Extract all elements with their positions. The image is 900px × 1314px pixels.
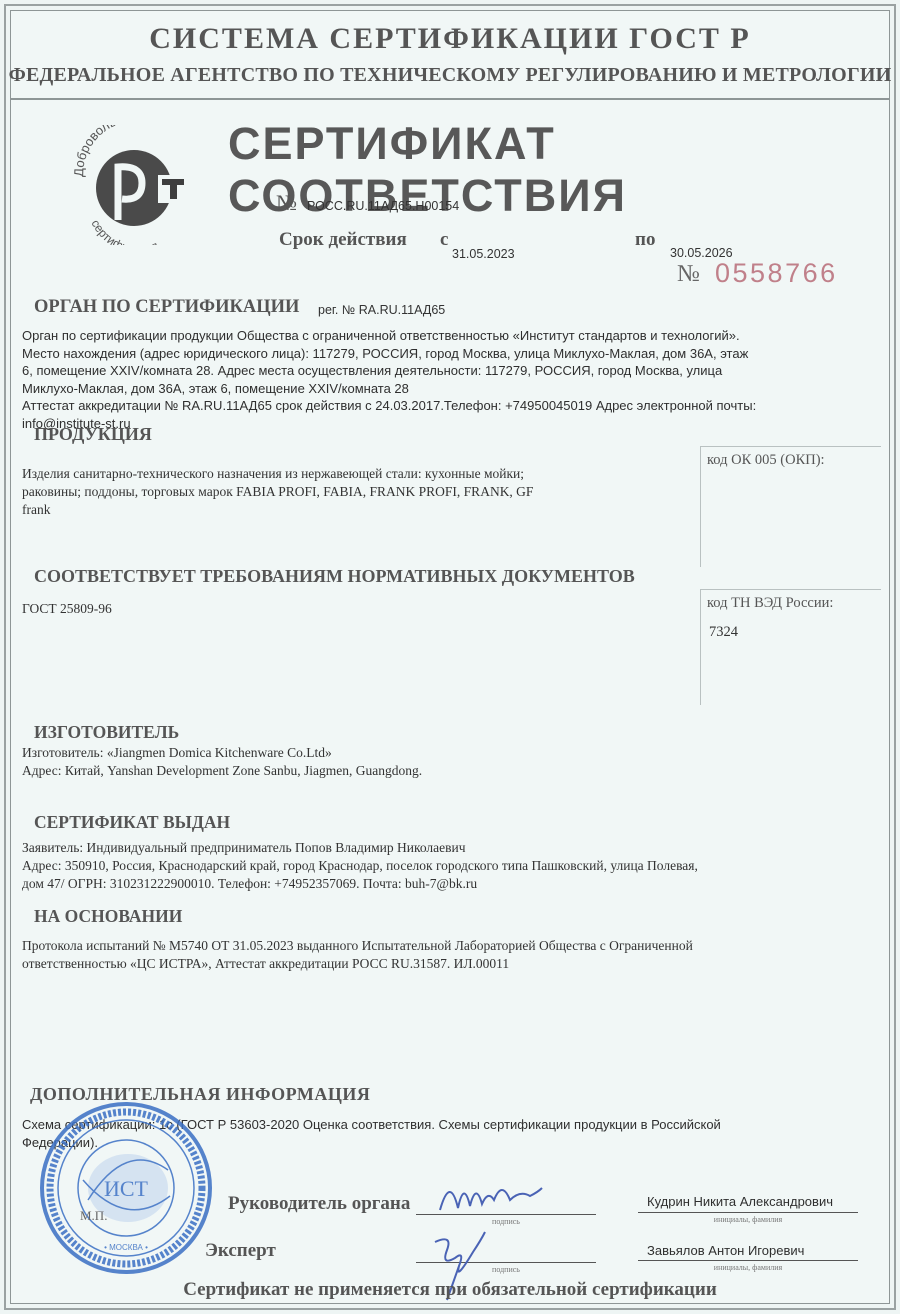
organ-section-title: ОРГАН ПО СЕРТИФИКАЦИИ [34, 297, 299, 318]
basis-section-title: НА ОСНОВАНИИ [34, 906, 182, 927]
product-line: раковины; поддоны, торговых марок FABIA … [22, 483, 682, 501]
conformity-standard: ГОСТ 25809-96 [22, 600, 112, 618]
basis-line: Протокола испытаний № М5740 ОТ 31.05.202… [22, 937, 882, 955]
okp-code-label: код ОК 005 (ОКП): [707, 452, 825, 469]
expert-name-line [638, 1260, 858, 1261]
system-title: СИСТЕМА СЕРТИФИКАЦИИ ГОСТ Р [0, 22, 900, 56]
product-section-title: ПРОДУКЦИЯ [34, 424, 152, 445]
conformity-section-title: СООТВЕТСТВУЕТ ТРЕБОВАНИЯМ НОРМАТИВНЫХ ДО… [34, 566, 635, 587]
validity-from-label: с [440, 229, 448, 251]
manufacturer-section-title: ИЗГОТОВИТЕЛЬ [34, 722, 179, 743]
expert-name-caption: инициалы, фамилия [638, 1263, 858, 1272]
organ-details: Орган по сертификации продукции Общества… [22, 327, 882, 432]
organ-line: Место нахождения (адрес юридического лиц… [22, 345, 882, 363]
manufacturer-details: Изготовитель: «Jiangmen Domica Kitchenwa… [22, 744, 882, 780]
serial-number-label: № [677, 261, 700, 288]
organ-line: 6, помещение XXIV/комната 28. Адрес мест… [22, 362, 882, 380]
rst-logo-icon: Добровольная сертификация [70, 125, 200, 245]
footer-note: Сертификат не применяется при обязательн… [0, 1279, 900, 1301]
stamp-center-text: ИСТ [104, 1176, 149, 1201]
organ-line: Аттестат аккредитации № RA.RU.11АД65 сро… [22, 397, 882, 415]
head-signature-icon [430, 1170, 550, 1220]
svg-text:• МОСКВА •: • МОСКВА • [104, 1243, 148, 1252]
product-line: Изделия санитарно-технического назначени… [22, 465, 682, 483]
head-name-caption: инициалы, фамилия [638, 1215, 858, 1224]
expert-name: Завьялов Антон Игоревич [647, 1243, 804, 1258]
validity-label: Срок действия [279, 229, 407, 251]
product-line: frank [22, 501, 682, 519]
head-of-organ-label: Руководитель органа [228, 1193, 410, 1215]
applicant-details: Заявитель: Индивидуальный предпринимател… [22, 839, 882, 892]
head-name-line [638, 1212, 858, 1213]
serial-number: 0558766 [715, 258, 838, 289]
product-description: Изделия санитарно-технического назначени… [22, 465, 682, 518]
manufacturer-line: Адрес: Китай, Yanshan Development Zone S… [22, 762, 882, 780]
issued-section-title: СЕРТИФИКАТ ВЫДАН [34, 812, 230, 833]
tnved-code-value: 7324 [709, 624, 738, 641]
applicant-line: дом 47/ ОГРН: 310231222900010. Телефон: … [22, 875, 882, 893]
head-name: Кудрин Никита Александрович [647, 1194, 833, 1209]
validity-to-label: по [635, 229, 655, 251]
expert-label: Эксперт [205, 1240, 276, 1262]
manufacturer-line: Изготовитель: «Jiangmen Domica Kitchenwa… [22, 744, 882, 762]
tnved-code-box: код ТН ВЭД России: 7324 [700, 589, 881, 705]
applicant-line: Адрес: 350910, Россия, Краснодарский кра… [22, 857, 882, 875]
tnved-code-label: код ТН ВЭД России: [707, 595, 833, 612]
official-stamp-icon: ИСТ • МОСКВА • [38, 1100, 214, 1276]
valid-from-date: 31.05.2023 [452, 247, 515, 261]
cert-number: РОСС.RU.11АД65.Н00154 [307, 199, 459, 213]
stamp-place-label: М.П. [80, 1208, 107, 1224]
header-divider [10, 98, 890, 100]
organ-line: Орган по сертификации продукции Общества… [22, 327, 882, 345]
basis-details: Протокола испытаний № М5740 ОТ 31.05.202… [22, 937, 882, 973]
okp-code-box: код ОК 005 (ОКП): [700, 446, 881, 567]
agency-title: ФЕДЕРАЛЬНОЕ АГЕНТСТВО ПО ТЕХНИЧЕСКОМУ РЕ… [0, 64, 900, 87]
organ-reg-number: рег. № RA.RU.11АД65 [318, 303, 445, 317]
cert-number-label: № [276, 190, 297, 216]
applicant-line: Заявитель: Индивидуальный предпринимател… [22, 839, 882, 857]
basis-line: ответственностью «ЦС ИСТРА», Аттестат ак… [22, 955, 882, 973]
organ-line: Миклухо-Маклая, дом 36А, этаж 6, помещен… [22, 380, 882, 398]
